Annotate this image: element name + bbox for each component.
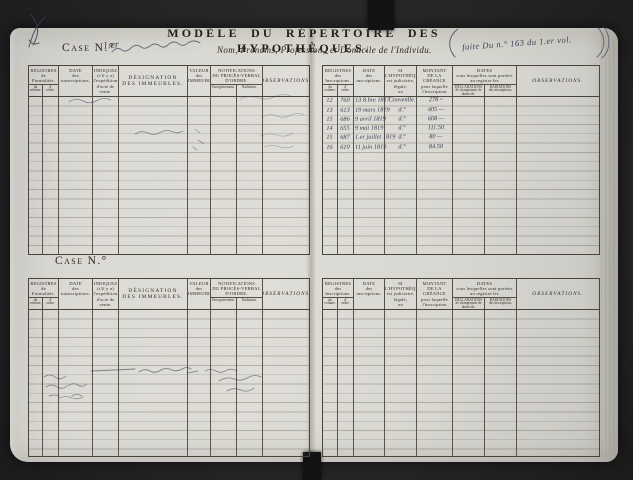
row-volume: 15 — [322, 116, 337, 123]
right-table-header: REGISTRES des Inscriptions. N.° du volum… — [323, 66, 599, 97]
row-date: 19 mars 1819 — [353, 106, 386, 113]
body-col — [323, 310, 354, 456]
column-observations: OBSERVATIONS. — [517, 279, 599, 309]
column-title: REGISTRES des Inscriptions. N.° — [323, 66, 353, 84]
subcolumn-radiation: Radiation. — [237, 85, 262, 96]
column-registres: REGISTRES de Formalités. N.° du volume.d… — [29, 66, 59, 96]
column-title: INDIQUEZ (s'il y a) l'expédition d'acte … — [93, 66, 118, 96]
column-title: REGISTRES de Formalités. N.° — [29, 66, 58, 84]
scanned-register-photo: MODÈLE DU RÉPERTOIRE DES HYPOTHÈQUES. Ca… — [0, 0, 633, 480]
row-number: 610 — [337, 144, 353, 151]
column-registres: REGISTRES des Inscriptions. N.° du volum… — [323, 66, 354, 96]
row-number: 687 — [337, 134, 353, 141]
column-designation: DÉSIGNATION DES IMMEUBLES. — [119, 66, 188, 96]
right-table-header: REGISTRES des Inscriptions. N.° du volum… — [323, 279, 599, 310]
left-table-body — [29, 310, 309, 456]
column-observations: OBSERVATIONS. — [517, 66, 599, 96]
column-title: SI L'HYPOTHÈQUE est judiciaire, légale, … — [385, 279, 416, 309]
subcolumn-declarations: DÉCLARATIONS de changement de domicile. — [453, 298, 485, 309]
row-volume: 13 — [322, 106, 337, 113]
body-col — [517, 310, 599, 456]
column-title: OBSERVATIONS. — [263, 66, 309, 96]
column-title: NOTIFICATIONS DU PROCÈS-VERBAL D'ORDRE. … — [211, 66, 262, 84]
column-title: OBSERVATIONS. — [517, 279, 599, 309]
body-col — [119, 310, 188, 456]
right-table-body — [323, 310, 599, 456]
column-title: DATE des inscriptions. — [354, 279, 384, 309]
column-notifications: NOTIFICATIONS DU PROCÈS-VERBAL D'ORDRE. … — [211, 279, 263, 309]
subcolumn-enregistrement: Enregistrement. — [211, 85, 237, 96]
name-line-left: Nom, Prénoms, Profession, — [217, 45, 325, 55]
case-number-handwritten: 1.er — [103, 39, 120, 51]
subcolumn-volume: du volume. — [29, 298, 43, 309]
column-dates: DATES sous lesquelles sont portées au re… — [453, 279, 517, 309]
column-observations: OBSERVATIONS. — [263, 279, 309, 309]
row-volume: 14 — [322, 125, 337, 132]
row-number: 613 — [337, 106, 353, 113]
column-dates: DATES sous lesquelles sont portées au re… — [453, 66, 517, 96]
subcolumn-ordre: d' ordre. — [338, 298, 353, 309]
column-observations: OBSERVATIONS. — [263, 66, 309, 96]
column-montant: MONTANT DE LA CRÉANCE pour laquelle l'in… — [417, 279, 453, 309]
column-title: OBSERVATIONS. — [517, 66, 599, 96]
row-type: d.° — [386, 106, 418, 113]
body-col — [93, 97, 119, 254]
column-valeur: VALEUR des IMMEUBLES. — [188, 279, 211, 309]
column-indiquez: INDIQUEZ (s'il y a) l'expédition d'acte … — [93, 66, 119, 96]
column-title: SI L'HYPOTHÈQUE est judiciaire, légale, … — [385, 66, 416, 96]
row-amount: 80 — — [418, 134, 454, 141]
body-col — [188, 310, 211, 456]
column-title: DATE des inscriptions. — [354, 66, 384, 96]
subcolumn-volume: du volume. — [29, 85, 43, 96]
row-type: d.° — [386, 134, 418, 141]
subcolumn-radiation: Radiation. — [237, 298, 262, 309]
body-col — [263, 97, 309, 254]
column-valeur: VALEUR des IMMEUBLES. — [188, 66, 211, 96]
row-amount: 405 — — [418, 106, 454, 113]
row-volume: 15 — [322, 134, 337, 141]
column-hypotheque: SI L'HYPOTHÈQUE est judiciaire, légale, … — [385, 279, 417, 309]
row-volume: 12 — [322, 97, 337, 104]
body-col — [59, 310, 93, 456]
column-title: DATES sous lesquelles sont portées au re… — [453, 66, 516, 84]
column-date: DATE des transcriptions. — [59, 279, 93, 309]
subcolumn-volume: du volume. — [323, 298, 338, 309]
column-indiquez: INDIQUEZ (s'il y a) l'expédition d'acte … — [93, 279, 119, 309]
column-title: DATES sous lesquelles sont portées au re… — [453, 279, 516, 297]
left-table-header: REGISTRES de Formalités. N.° du volume.d… — [29, 66, 309, 97]
page-block-edge — [601, 34, 615, 456]
subcolumn-radiations: RADIATIONS des inscriptions. — [485, 298, 516, 309]
left-table-header: REGISTRES de Formalités. N.° du volume.d… — [29, 279, 309, 310]
case-number-label-section2: Case N.° — [55, 255, 108, 267]
body-col — [385, 310, 417, 456]
column-title: VALEUR des IMMEUBLES. — [188, 66, 210, 96]
row-type: Convenlle. — [386, 96, 418, 103]
column-title: INDIQUEZ (s'il y a) l'expédition d'acte … — [93, 279, 118, 309]
body-col — [354, 310, 385, 456]
row-amount: 84.50 — [418, 143, 454, 150]
column-title: DATE des transcriptions. — [59, 66, 92, 96]
column-designation: DÉSIGNATION DES IMMEUBLES. — [119, 279, 188, 309]
body-col — [453, 310, 517, 456]
row-date: 11 juin 1819 — [353, 143, 386, 150]
inscriptions-table-bottom: REGISTRES des Inscriptions. N.° du volum… — [322, 278, 600, 457]
column-hypotheque: SI L'HYPOTHÈQUE est judiciaire, légale, … — [385, 66, 417, 96]
body-col — [263, 310, 309, 456]
column-title: VALEUR des IMMEUBLES. — [188, 279, 210, 309]
column-registres: REGISTRES de Formalités. N.° du volume.d… — [29, 279, 59, 309]
column-title: MONTANT DE LA CRÉANCE pour laquelle l'in… — [417, 279, 452, 309]
row-amount: 278 ~ — [418, 96, 454, 103]
column-title: REGISTRES de Formalités. N.° — [29, 279, 58, 297]
column-title: REGISTRES des Inscriptions. N.° — [323, 279, 353, 297]
row-type: d.° — [386, 115, 418, 122]
row-number: 760 — [337, 97, 353, 104]
row-amount: 608 — — [418, 115, 454, 122]
row-amount: 111.50 — [418, 124, 454, 131]
column-date: DATE des inscriptions. — [354, 66, 385, 96]
column-title: DATE des transcriptions. — [59, 279, 92, 309]
subcolumn-ordre: d' ordre. — [43, 298, 58, 309]
transcriptions-table-bottom: REGISTRES de Formalités. N.° du volume.d… — [28, 278, 310, 457]
column-registres: REGISTRES des Inscriptions. N.° du volum… — [323, 279, 354, 309]
inscription-row: 1661011 juin 1819d.°84.50 — [322, 141, 598, 152]
subcolumn-enregistrement: Enregistrement. — [211, 298, 237, 309]
column-title: MONTANT DE LA CRÉANCE pour laquelle l'in… — [417, 66, 452, 96]
body-col — [29, 97, 59, 254]
body-col — [417, 310, 453, 456]
column-date: DATE des transcriptions. — [59, 66, 93, 96]
row-date: 9 avril 1819 — [353, 115, 386, 122]
row-date: 13 8.bre 1817 — [353, 97, 386, 104]
column-title: NOTIFICATIONS DU PROCÈS-VERBAL D'ORDRE. … — [211, 279, 262, 297]
row-number: 686 — [337, 116, 353, 123]
transcriptions-table-top: REGISTRES de Formalités. N.° du volume.d… — [28, 65, 310, 255]
body-col — [211, 310, 263, 456]
subcolumn-ordre: d' ordre. — [43, 85, 58, 96]
body-col — [59, 97, 93, 254]
body-col — [29, 310, 59, 456]
body-col — [211, 97, 263, 254]
column-notifications: NOTIFICATIONS DU PROCÈS-VERBAL D'ORDRE. … — [211, 66, 263, 96]
subcolumn-volume: du volume. — [323, 85, 338, 96]
subcolumn-ordre: d' ordre. — [338, 85, 353, 96]
row-type: d.° — [386, 125, 418, 132]
row-volume: 16 — [322, 144, 337, 151]
row-date: 1.er juillet 1819 — [353, 134, 386, 141]
row-number: 655 — [337, 125, 353, 132]
row-type: d.° — [386, 143, 418, 150]
column-title: OBSERVATIONS. — [263, 279, 309, 309]
body-col — [93, 310, 119, 456]
name-line-right: et Domicile de l'Individu. — [330, 45, 432, 55]
column-date: DATE des inscriptions. — [354, 279, 385, 309]
body-col — [119, 97, 188, 254]
body-col — [188, 97, 211, 254]
column-title: DÉSIGNATION DES IMMEUBLES. — [119, 66, 187, 96]
left-table-body — [29, 97, 309, 254]
row-date: 9 mai 1819 — [353, 125, 386, 132]
column-title: DÉSIGNATION DES IMMEUBLES. — [119, 279, 187, 309]
column-montant: MONTANT DE LA CRÉANCE pour laquelle l'in… — [417, 66, 453, 96]
